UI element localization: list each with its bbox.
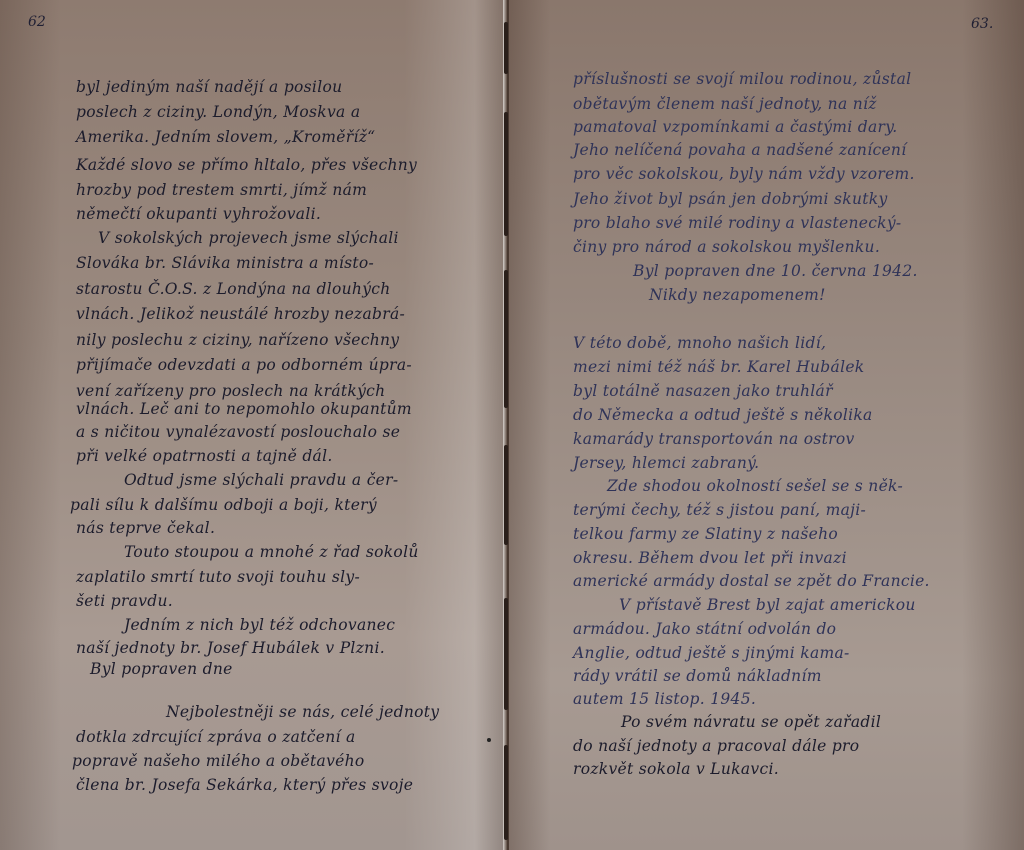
text-line: Nejbolestněji se nás, celé jednoty xyxy=(166,703,439,721)
text-line: naší jednoty br. Josef Hubálek v Plzni. xyxy=(76,639,385,657)
text-line: nás teprve čekal. xyxy=(76,519,215,537)
page-number-left: 62 xyxy=(28,14,46,30)
text-line: zaplatilo smrtí tuto svoji touhu sly- xyxy=(76,568,360,586)
text-line: při velké opatrnosti a tajně dál. xyxy=(76,447,333,465)
text-line: okresu. Během dvou let při invazi xyxy=(573,549,847,567)
text-line: Zde shodou okolností sešel se s něk- xyxy=(607,477,903,495)
text-line: telkou farmy ze Slatiny z našeho xyxy=(573,525,838,543)
binding-stitch xyxy=(504,745,508,840)
text-line: V přístavě Brest byl zajat americkou xyxy=(619,596,916,614)
right-page: 63. příslušnosti se svojí milou rodinou,… xyxy=(509,0,1024,850)
text-line: němečtí okupanti vyhrožovali. xyxy=(76,205,321,223)
text-line: nily poslechu z ciziny, nařízeno všechny xyxy=(76,331,399,349)
text-line: Byl popraven dne xyxy=(90,660,233,678)
text-line: V této době, mnoho našich lidí, xyxy=(573,334,826,352)
binding-stitch xyxy=(504,445,508,545)
text-line: Touto stoupou a mnohé z řad sokolů xyxy=(124,543,419,561)
text-line: americké armády dostal se zpět do Franci… xyxy=(573,572,930,590)
text-line: starostu Č.O.S. z Londýna na dlouhých xyxy=(76,280,391,298)
text-line: autem 15 listop. 1945. xyxy=(573,690,756,708)
text-line: Odtud jsme slýchali pravdu a čer- xyxy=(124,471,398,489)
binding-stitch xyxy=(504,112,508,236)
binding-stitch xyxy=(504,598,508,710)
text-line: byl totálně nasazen jako truhlář xyxy=(573,382,833,400)
text-line: vlnách. Jelikož neustálé hrozby nezabrá- xyxy=(76,305,405,323)
text-line: činy pro národ a sokolskou myšlenku. xyxy=(573,238,880,256)
ink-dot xyxy=(487,738,491,742)
text-line: pamatoval vzpomínkami a častými dary. xyxy=(573,118,897,136)
text-line: a s ničitou vynalézavostí poslouchalo se xyxy=(76,423,400,441)
text-line: V sokolských projevech jsme slýchali xyxy=(98,229,399,247)
text-line: Slováka br. Slávika ministra a místo- xyxy=(76,254,374,272)
text-line: hrozby pod trestem smrti, jímž nám xyxy=(76,181,367,199)
text-line: do Německa a odtud ještě s několika xyxy=(573,406,873,424)
text-line: Jersey, hlemci zabraný. xyxy=(573,454,759,472)
text-line: obětavým členem naší jednoty, na níž xyxy=(573,95,877,113)
left-page: 62 byl jediným naší nadějí a posilou pos… xyxy=(0,0,505,850)
right-page-text: příslušnosti se svojí milou rodinou, zůs… xyxy=(573,0,1013,850)
text-line: popravě našeho milého a obětavého xyxy=(72,752,365,770)
text-line: pro věc sokolskou, byly nám vždy vzorem. xyxy=(573,165,915,183)
text-line: Jedním z nich byl též odchovanec xyxy=(124,616,395,634)
text-line: kamarády transportován na ostrov xyxy=(573,430,855,448)
binding-stitch xyxy=(504,22,508,74)
text-line: Anglie, odtud ještě s jinými kama- xyxy=(573,644,850,662)
text-line: Po svém návratu se opět zařadil xyxy=(621,713,881,731)
text-line: rozkvět sokola v Lukavci. xyxy=(573,760,779,778)
binding-stitch xyxy=(504,270,508,408)
text-line: byl jediným naší nadějí a posilou xyxy=(76,78,342,96)
text-line: do naší jednoty a pracoval dále pro xyxy=(573,737,859,755)
text-line: pro blaho své milé rodiny a vlastenecký- xyxy=(573,214,901,232)
text-line: vení zařízeny pro poslech na krátkých xyxy=(76,382,385,400)
text-line: Jeho nelíčená povaha a nadšené zanícení xyxy=(573,141,906,159)
text-line: armádou. Jako státní odvolán do xyxy=(573,620,836,638)
text-line: přijímače odevzdati a po odborném úpra- xyxy=(76,356,412,374)
text-line: dotkla zdrcující zpráva o zatčení a xyxy=(76,728,356,746)
open-book: 62 byl jediným naší nadějí a posilou pos… xyxy=(0,0,1024,850)
text-line: vlnách. Leč ani to nepomohlo okupantům xyxy=(76,400,412,418)
text-line: terými čechy, též s jistou paní, maji- xyxy=(573,501,866,519)
text-line: poslech z ciziny. Londýn, Moskva a xyxy=(76,103,360,121)
text-line: rády vrátil se domů nákladním xyxy=(573,667,822,685)
text-line: Každé slovo se přímo hltalo, přes všechn… xyxy=(76,156,417,174)
text-line: mezi nimi též náš br. Karel Hubálek xyxy=(573,358,865,376)
text-line: Byl popraven dne 10. června 1942. xyxy=(633,262,918,280)
text-line: příslušnosti se svojí milou rodinou, zůs… xyxy=(573,70,911,88)
text-line: Nikdy nezapomenem! xyxy=(649,286,826,304)
text-line: pali sílu k dalšímu odboji a boji, který xyxy=(70,496,377,514)
text-line: člena br. Josefa Sekárka, který přes svo… xyxy=(76,776,413,794)
text-line: Jeho život byl psán jen dobrými skutky xyxy=(573,190,888,208)
text-line: šeti pravdu. xyxy=(76,592,173,610)
text-line: Amerika. Jedním slovem, „Kroměříž“ xyxy=(76,128,375,146)
left-page-text: byl jediným naší nadějí a posilou poslec… xyxy=(76,0,486,850)
